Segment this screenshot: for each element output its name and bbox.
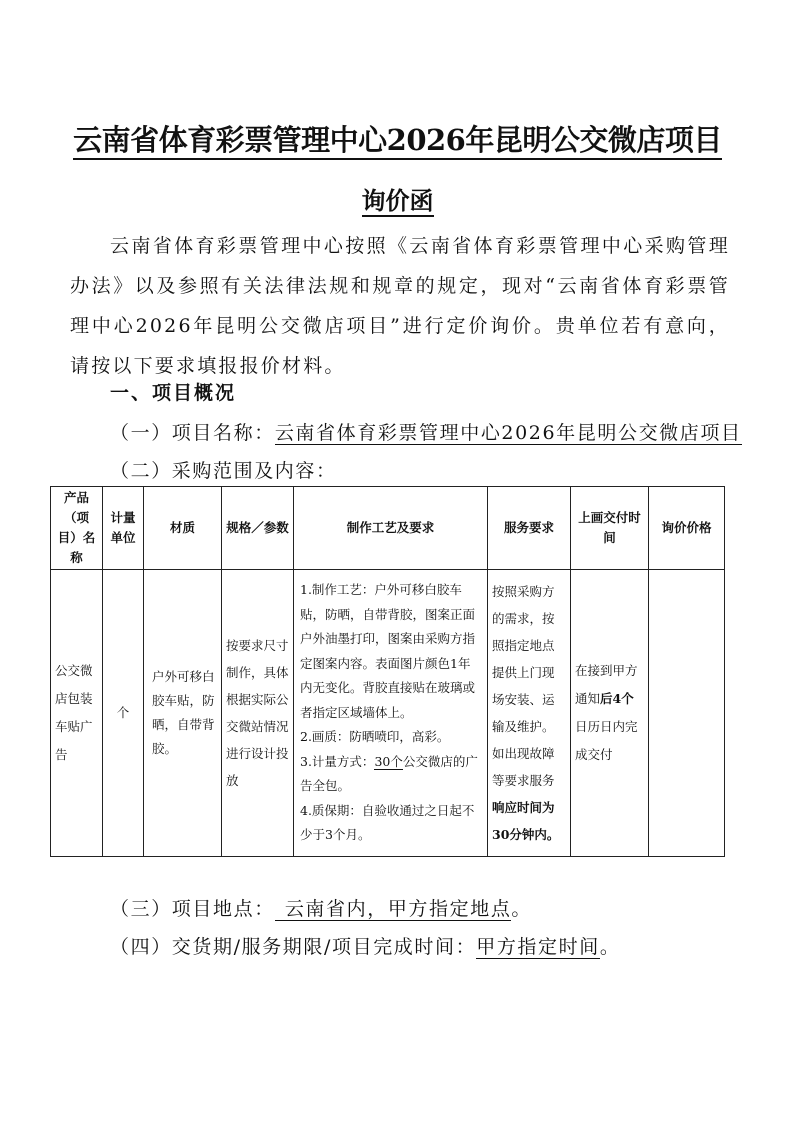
cell-delivery-time: 在接到甲方通知后4个日历日内完成交付 xyxy=(571,570,649,857)
process-item-3-label: 3.计量方式： xyxy=(300,754,374,769)
process-item-3-count: 30个 xyxy=(374,754,402,770)
project-name-line: （一）项目名称：云南省体育彩票管理中心2026年昆明公交微店项目 xyxy=(110,418,742,445)
scope-label: （二）采购范围及内容： xyxy=(110,456,337,483)
project-name-label: （一）项目名称： xyxy=(110,422,275,444)
project-name-value: 云南省体育彩票管理中心2026年昆明公交微店项目 xyxy=(275,422,742,445)
cell-product-name: 公交微店包装车贴广告 xyxy=(51,570,103,857)
delivery-days: 后4个 xyxy=(600,691,634,706)
header-process: 制作工艺及要求 xyxy=(294,487,488,570)
document-subtitle: 询价函 xyxy=(0,181,795,216)
cell-material: 户外可移白胶车贴，防晒，自带背胶。 xyxy=(144,570,222,857)
table-header-row: 产品（项目）名称 计量单位 材质 规格／参数 制作工艺及要求 服务要求 上画交付… xyxy=(51,487,725,570)
process-item-3: 3.计量方式：30个公交微店的广告全包。 xyxy=(300,750,481,799)
header-material: 材质 xyxy=(144,487,222,570)
header-unit: 计量单位 xyxy=(103,487,144,570)
section-heading-overview: 一、项目概况 xyxy=(110,378,236,405)
header-product-name: 产品（项目）名称 xyxy=(51,487,103,570)
service-response-time: 响应时间为30分钟内。 xyxy=(492,800,559,842)
cell-price[interactable] xyxy=(649,570,725,857)
document-subtitle-text: 询价函 xyxy=(362,186,434,217)
process-item-1: 1.制作工艺：户外可移白胶车贴，防晒，自带背胶，图案正面户外油墨打印，图案由采购… xyxy=(300,578,481,725)
punct: 。 xyxy=(600,936,621,958)
cell-service: 按照采购方的需求，按照指定地点提供上门现场安装、运输及维护。如出现故障等要求服务… xyxy=(488,570,571,857)
header-spec: 规格／参数 xyxy=(222,487,294,570)
procurement-table: 产品（项目）名称 计量单位 材质 规格／参数 制作工艺及要求 服务要求 上画交付… xyxy=(50,486,725,857)
header-price: 询价价格 xyxy=(649,487,725,570)
header-service: 服务要求 xyxy=(488,487,571,570)
table-row: 公交微店包装车贴广告 个 户外可移白胶车贴，防晒，自带背胶。 按要求尺寸制作，具… xyxy=(51,570,725,857)
intro-paragraph: 云南省体育彩票管理中心按照《云南省体育彩票管理中心采购管理办法》以及参照有关法律… xyxy=(70,226,730,386)
service-text: 按照采购方的需求，按照指定地点提供上门现场安装、运输及维护。如出现故障等要求服务 xyxy=(492,584,555,788)
process-item-2: 2.画质：防晒喷印，高彩。 xyxy=(300,725,481,750)
process-item-4: 4.质保期：自验收通过之日起不少于3个月。 xyxy=(300,799,481,848)
cell-unit: 个 xyxy=(103,570,144,857)
project-location-value: 云南省内，甲方指定地点 xyxy=(275,898,512,921)
document-title: 云南省体育彩票管理中心2026年昆明公交微店项目 xyxy=(0,118,795,159)
header-delivery-time: 上画交付时间 xyxy=(571,487,649,570)
cell-process: 1.制作工艺：户外可移白胶车贴，防晒，自带背胶，图案正面户外油墨打印，图案由采购… xyxy=(294,570,488,857)
punct: 。 xyxy=(511,898,532,920)
document-title-text: 云南省体育彩票管理中心2026年昆明公交微店项目 xyxy=(73,123,722,160)
project-location-label: （三）项目地点： xyxy=(110,898,275,920)
delivery-text-b: 日历日内完成交付 xyxy=(575,719,638,762)
delivery-period-value: 甲方指定时间 xyxy=(476,936,600,959)
delivery-period-line: （四）交货期/服务期限/项目完成时间：甲方指定时间。 xyxy=(110,932,620,959)
delivery-period-label: （四）交货期/服务期限/项目完成时间： xyxy=(110,936,476,958)
project-location-line: （三）项目地点：云南省内，甲方指定地点。 xyxy=(110,894,532,921)
cell-spec: 按要求尺寸制作，具体根据实际公交微站情况进行设计投放 xyxy=(222,570,294,857)
